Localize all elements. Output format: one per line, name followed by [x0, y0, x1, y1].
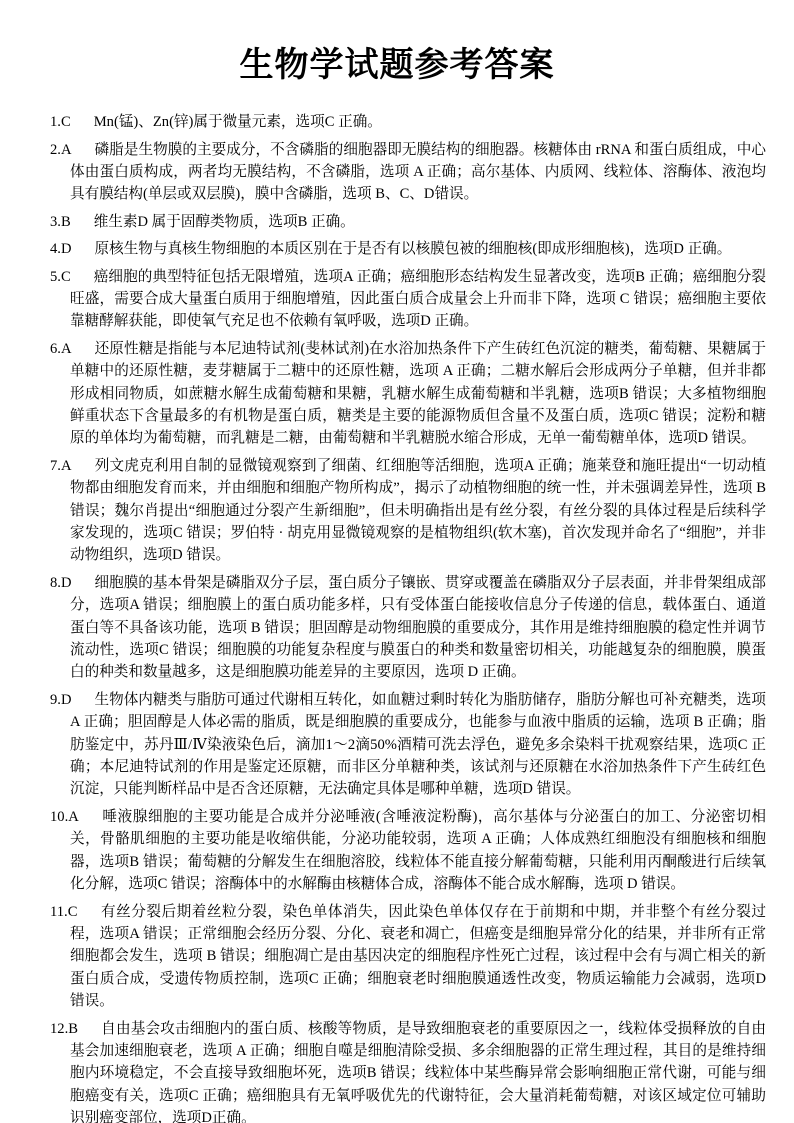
answer-number: 4.D: [50, 241, 72, 257]
answer-text: 细胞膜的基本骨架是磷脂双分子层，蛋白质分子镶嵌、贯穿或覆盖在磷脂双分子层表面，并…: [70, 575, 766, 681]
answer-item-8: 8.D细胞膜的基本骨架是磷脂双分子层，蛋白质分子镶嵌、贯穿或覆盖在磷脂双分子层表…: [50, 572, 766, 684]
answer-text: 癌细胞的典型特征包括无限增殖，选项A 正确；癌细胞形态结构发生显著改变，选项B …: [70, 269, 766, 330]
answer-text: 生物体内糖类与脂肪可通过代谢相互转化，如血糖过剩时转化为脂肪储存，脂肪分解也可补…: [70, 692, 766, 798]
answer-number: 12.B: [50, 1021, 78, 1037]
answer-text: 列文虎克利用自制的显微镜观察到了细菌、红细胞等活细胞，选项A 正确；施莱登和施旺…: [70, 458, 766, 564]
answer-item-2: 2.A磷脂是生物膜的主要成分，不含磷脂的细胞器即无膜结构的细胞器。核糖体由 rR…: [50, 139, 766, 206]
answers-list: 1.CMn(锰)、Zn(锌)属于微量元素，选项C 正确。 2.A磷脂是生物膜的主…: [0, 111, 794, 1123]
answer-number: 2.A: [50, 142, 72, 158]
answer-text: 还原性糖是指能与本尼迪特试剂(斐林试剂)在水浴加热条件下产生砖红色沉淀的糖类，葡…: [70, 341, 766, 447]
answer-number: 10.A: [50, 809, 79, 825]
answer-item-3: 3.B维生素D 属于固醇类物质，选项B 正确。: [50, 211, 766, 233]
answer-item-6: 6.A还原性糖是指能与本尼迪特试剂(斐林试剂)在水浴加热条件下产生砖红色沉淀的糖…: [50, 338, 766, 450]
answer-text: 有丝分裂后期着丝粒分裂，染色单体消失，因此染色单体仅存在于前期和中期，并非整个有…: [70, 904, 766, 1010]
answer-text: 原核生物与真核生物细胞的本质区别在于是否有以核膜包被的细胞核(即成形细胞核)，选…: [95, 241, 732, 257]
answer-text: 唾液腺细胞的主要功能是合成并分泌唾液(含唾液淀粉酶)，高尔基体与分泌蛋白的加工、…: [70, 809, 766, 892]
document-page: 生物学试题参考答案 1.CMn(锰)、Zn(锌)属于微量元素，选项C 正确。 2…: [0, 0, 794, 1123]
answer-number: 5.C: [50, 269, 71, 285]
answer-number: 8.D: [50, 575, 72, 591]
answer-number: 3.B: [50, 214, 71, 230]
page-title: 生物学试题参考答案: [0, 0, 794, 85]
answer-item-1: 1.CMn(锰)、Zn(锌)属于微量元素，选项C 正确。: [50, 111, 766, 133]
answer-number: 6.A: [50, 341, 72, 357]
answer-item-12: 12.B自由基会攻击细胞内的蛋白质、核酸等物质，是导致细胞衰老的重要原因之一，线…: [50, 1018, 766, 1123]
answer-text: 磷脂是生物膜的主要成分，不含磷脂的细胞器即无膜结构的细胞器。核糖体由 rRNA …: [70, 142, 766, 203]
answer-item-4: 4.D原核生物与真核生物细胞的本质区别在于是否有以核膜包被的细胞核(即成形细胞核…: [50, 238, 766, 260]
answer-item-5: 5.C癌细胞的典型特征包括无限增殖，选项A 正确；癌细胞形态结构发生显著改变，选…: [50, 266, 766, 333]
answer-item-7: 7.A列文虎克利用自制的显微镜观察到了细菌、红细胞等活细胞，选项A 正确；施莱登…: [50, 455, 766, 567]
answer-number: 11.C: [50, 904, 77, 920]
answer-item-9: 9.D生物体内糖类与脂肪可通过代谢相互转化，如血糖过剩时转化为脂肪储存，脂肪分解…: [50, 689, 766, 801]
answer-text: Mn(锰)、Zn(锌)属于微量元素，选项C 正确。: [94, 114, 382, 130]
answer-item-10: 10.A唾液腺细胞的主要功能是合成并分泌唾液(含唾液淀粉酶)，高尔基体与分泌蛋白…: [50, 806, 766, 896]
answer-number: 7.A: [50, 458, 72, 474]
answer-number: 1.C: [50, 114, 71, 130]
answer-text: 自由基会攻击细胞内的蛋白质、核酸等物质，是导致细胞衰老的重要原因之一，线粒体受损…: [70, 1021, 766, 1123]
answer-number: 9.D: [50, 692, 72, 708]
answer-text: 维生素D 属于固醇类物质，选项B 正确。: [94, 214, 355, 230]
answer-item-11: 11.C有丝分裂后期着丝粒分裂，染色单体消失，因此染色单体仅存在于前期和中期，并…: [50, 901, 766, 1013]
